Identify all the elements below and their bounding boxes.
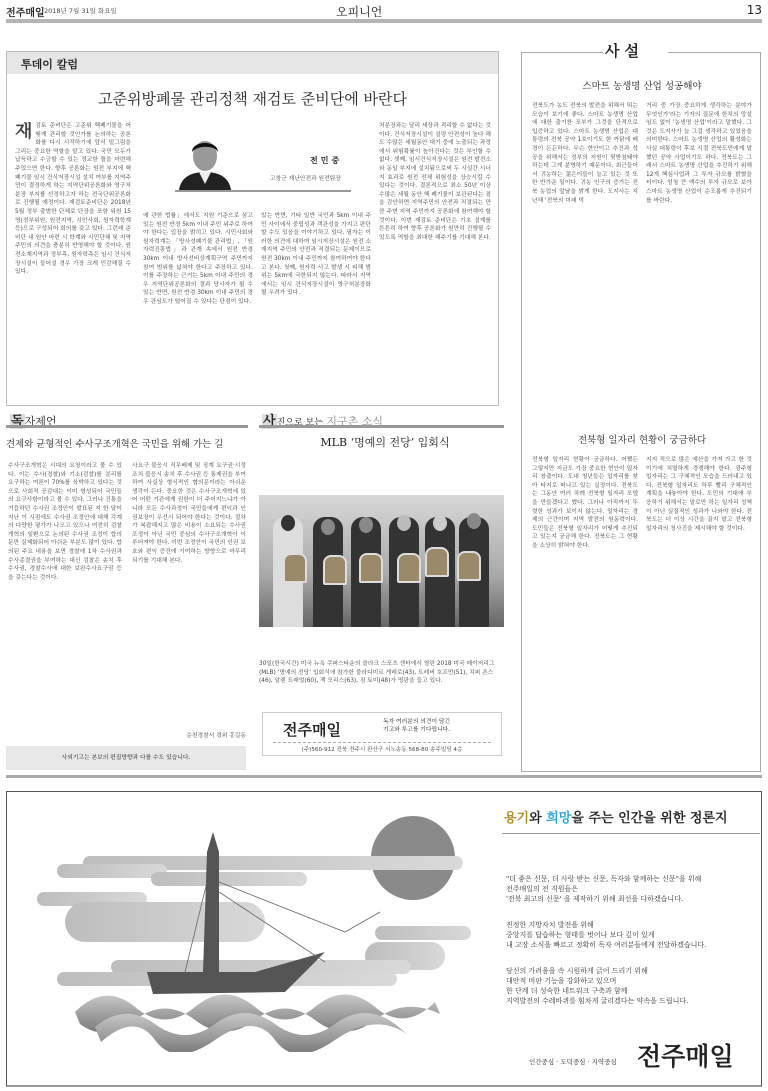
author-name: 전민중 <box>310 155 342 166</box>
ad-paragraph-3: 당신의 가려움을 속 시원하게 긁어 드리기 위해 대안적 비판 기능을 강화하… <box>506 966 688 1006</box>
today-column-label: 투데이 칼럼 <box>21 56 78 72</box>
reader-text-1: 수사구조개혁은 시대의 요청이라고 볼 수 있다. 이는 수사(경찰)와 기소(… <box>8 462 122 740</box>
reader-article-title: 견제와 균형적인 수사구조개혁은 국민을 위해 가는 길 <box>6 436 251 450</box>
ad-tagline: 인간중심 · 도덕중심 · 지역중심 <box>529 1057 617 1066</box>
newspaper-address: (주)560-912 전북 전주시 완산구 서노송동 568-80 송주빌딩 4… <box>263 745 501 753</box>
today-column-text-1: 재 검토 준비단은 고준위 핵폐기물을 어떻게 관리할 것인가를 논의하는 공론… <box>15 122 131 402</box>
dropcap: 재 <box>15 122 32 142</box>
today-column-text-4: 처분장과는 달리 세상과 격리할 수 없다는 것이다. 건식저장시설이 설령 안… <box>379 122 491 402</box>
editorial-box: 스마트 농생명 산업 성공해야 전북도가 농도 전북의 발전을 위해서 뛰는 모… <box>521 52 761 772</box>
editorial-title-1: 스마트 농생명 산업 성공해야 <box>522 78 762 92</box>
editorial-1-text-1: 전북도가 농도 전북의 발전을 위해서 뛰는 모습이 보기에 좋다. 스마트 농… <box>532 102 638 406</box>
contribution-box: 전주매일 독자 여러분의 의견이 담긴 기고와 투고를 기다립니다. (주)56… <box>262 712 502 756</box>
reader-byline: 순천경찰서 경위 홍길동 <box>132 732 246 742</box>
today-column-title: 고준위방폐물 관리정책 재검토 준비단에 바란다 <box>7 88 498 109</box>
contribution-invite: 독자 여러분의 의견이 담긴 기고와 투고를 기다립니다. <box>383 718 450 734</box>
ad-slogan: 용기와 희망을 주는 인간을 위한 정론지 <box>504 807 728 826</box>
reader-text-2: 사요구 불응시 직무배제 및 징계 요구권·시정조치 불응시 송치 후 수사권 … <box>132 462 246 732</box>
ship-illustration <box>35 812 475 1052</box>
page-number: 13 <box>747 3 762 17</box>
issue-date: 2018년 7월 31일 화요일 <box>44 6 117 15</box>
author-portrait <box>175 132 235 190</box>
editorial-2-text-2: 지지 적으로 많은 예산을 가져 가고 한 것이기에 치열하게 경쟁해야 한다.… <box>646 456 752 766</box>
contribution-disclaimer: 사외기고는 본보의 편집방향과 다를 수도 있습니다. <box>6 746 246 770</box>
editorial-2-text-1: 전북형 일자리 현황이 궁금하다. 어쨌든 그렇지만 지금도 가장 중요한 현안… <box>532 456 638 766</box>
hall-of-fame-photo <box>259 495 504 627</box>
author-title: 고창군 재난안전과 원전팀장 <box>270 173 341 182</box>
today-column-text-2: 에 관한 법률」에서도 지원 기준으로 삼고 있는 원전 반경 5km 이내 주… <box>143 212 253 402</box>
newspaper-advertisement: 용기와 희망을 주는 인간을 위한 정론지 "더 좋은 신문, 더 사랑 받는 … <box>6 791 762 1087</box>
portrait-rule <box>175 190 351 192</box>
today-column-box: 투데이 칼럼 고준위방폐물 관리정책 재검토 준비단에 바란다 재 검토 준비단… <box>6 51 499 406</box>
ad-paragraph-1: "더 좋은 신문, 더 사랑 받는 신문, 독자와 함께하는 신문"을 위해 전… <box>506 874 701 904</box>
ad-divider <box>502 833 760 834</box>
reader-section-rule <box>6 425 248 428</box>
masthead: 전주매일 2018년 7월 31일 화요일 오피니언 13 <box>6 4 762 20</box>
photo-caption: 30일(한국시간) 미국 뉴욕 쿠퍼스타운의 클라크 스포츠 센터에서 열린 2… <box>259 660 504 686</box>
section-divider <box>6 775 762 778</box>
masthead-logo: 전주매일 <box>6 4 45 19</box>
photo-section-rule <box>259 425 504 428</box>
today-column-text-3: 있는 반면, 기타 일반 국민과 5km 이내 주민 사이에서 중립성과 객관성… <box>261 212 371 402</box>
today-column-header: 투데이 칼럼 <box>7 52 498 74</box>
masthead-rule <box>6 19 762 23</box>
editorial-1-text-2: 거리 중 가장 중요하게 생각하는 분야가 무엇인가'라는 기자의 질문에 한치… <box>646 102 752 406</box>
dashed-divider <box>273 742 491 743</box>
ad-paragraph-2: 진정한 지방자치 발전을 위해 중앙지를 답습하는 형태를 벗어나 보다 깊이 … <box>506 920 706 950</box>
photo-title: MLB ‘명예의 전당’ 입회식 <box>260 434 510 450</box>
editorial-title-2: 전북형 일자리 현황이 궁금하다 <box>522 432 762 446</box>
section-title: 오피니언 <box>336 3 382 20</box>
newspaper-logo: 전주매일 <box>283 719 341 740</box>
ad-newspaper-logo: 전주매일 <box>637 1037 734 1073</box>
